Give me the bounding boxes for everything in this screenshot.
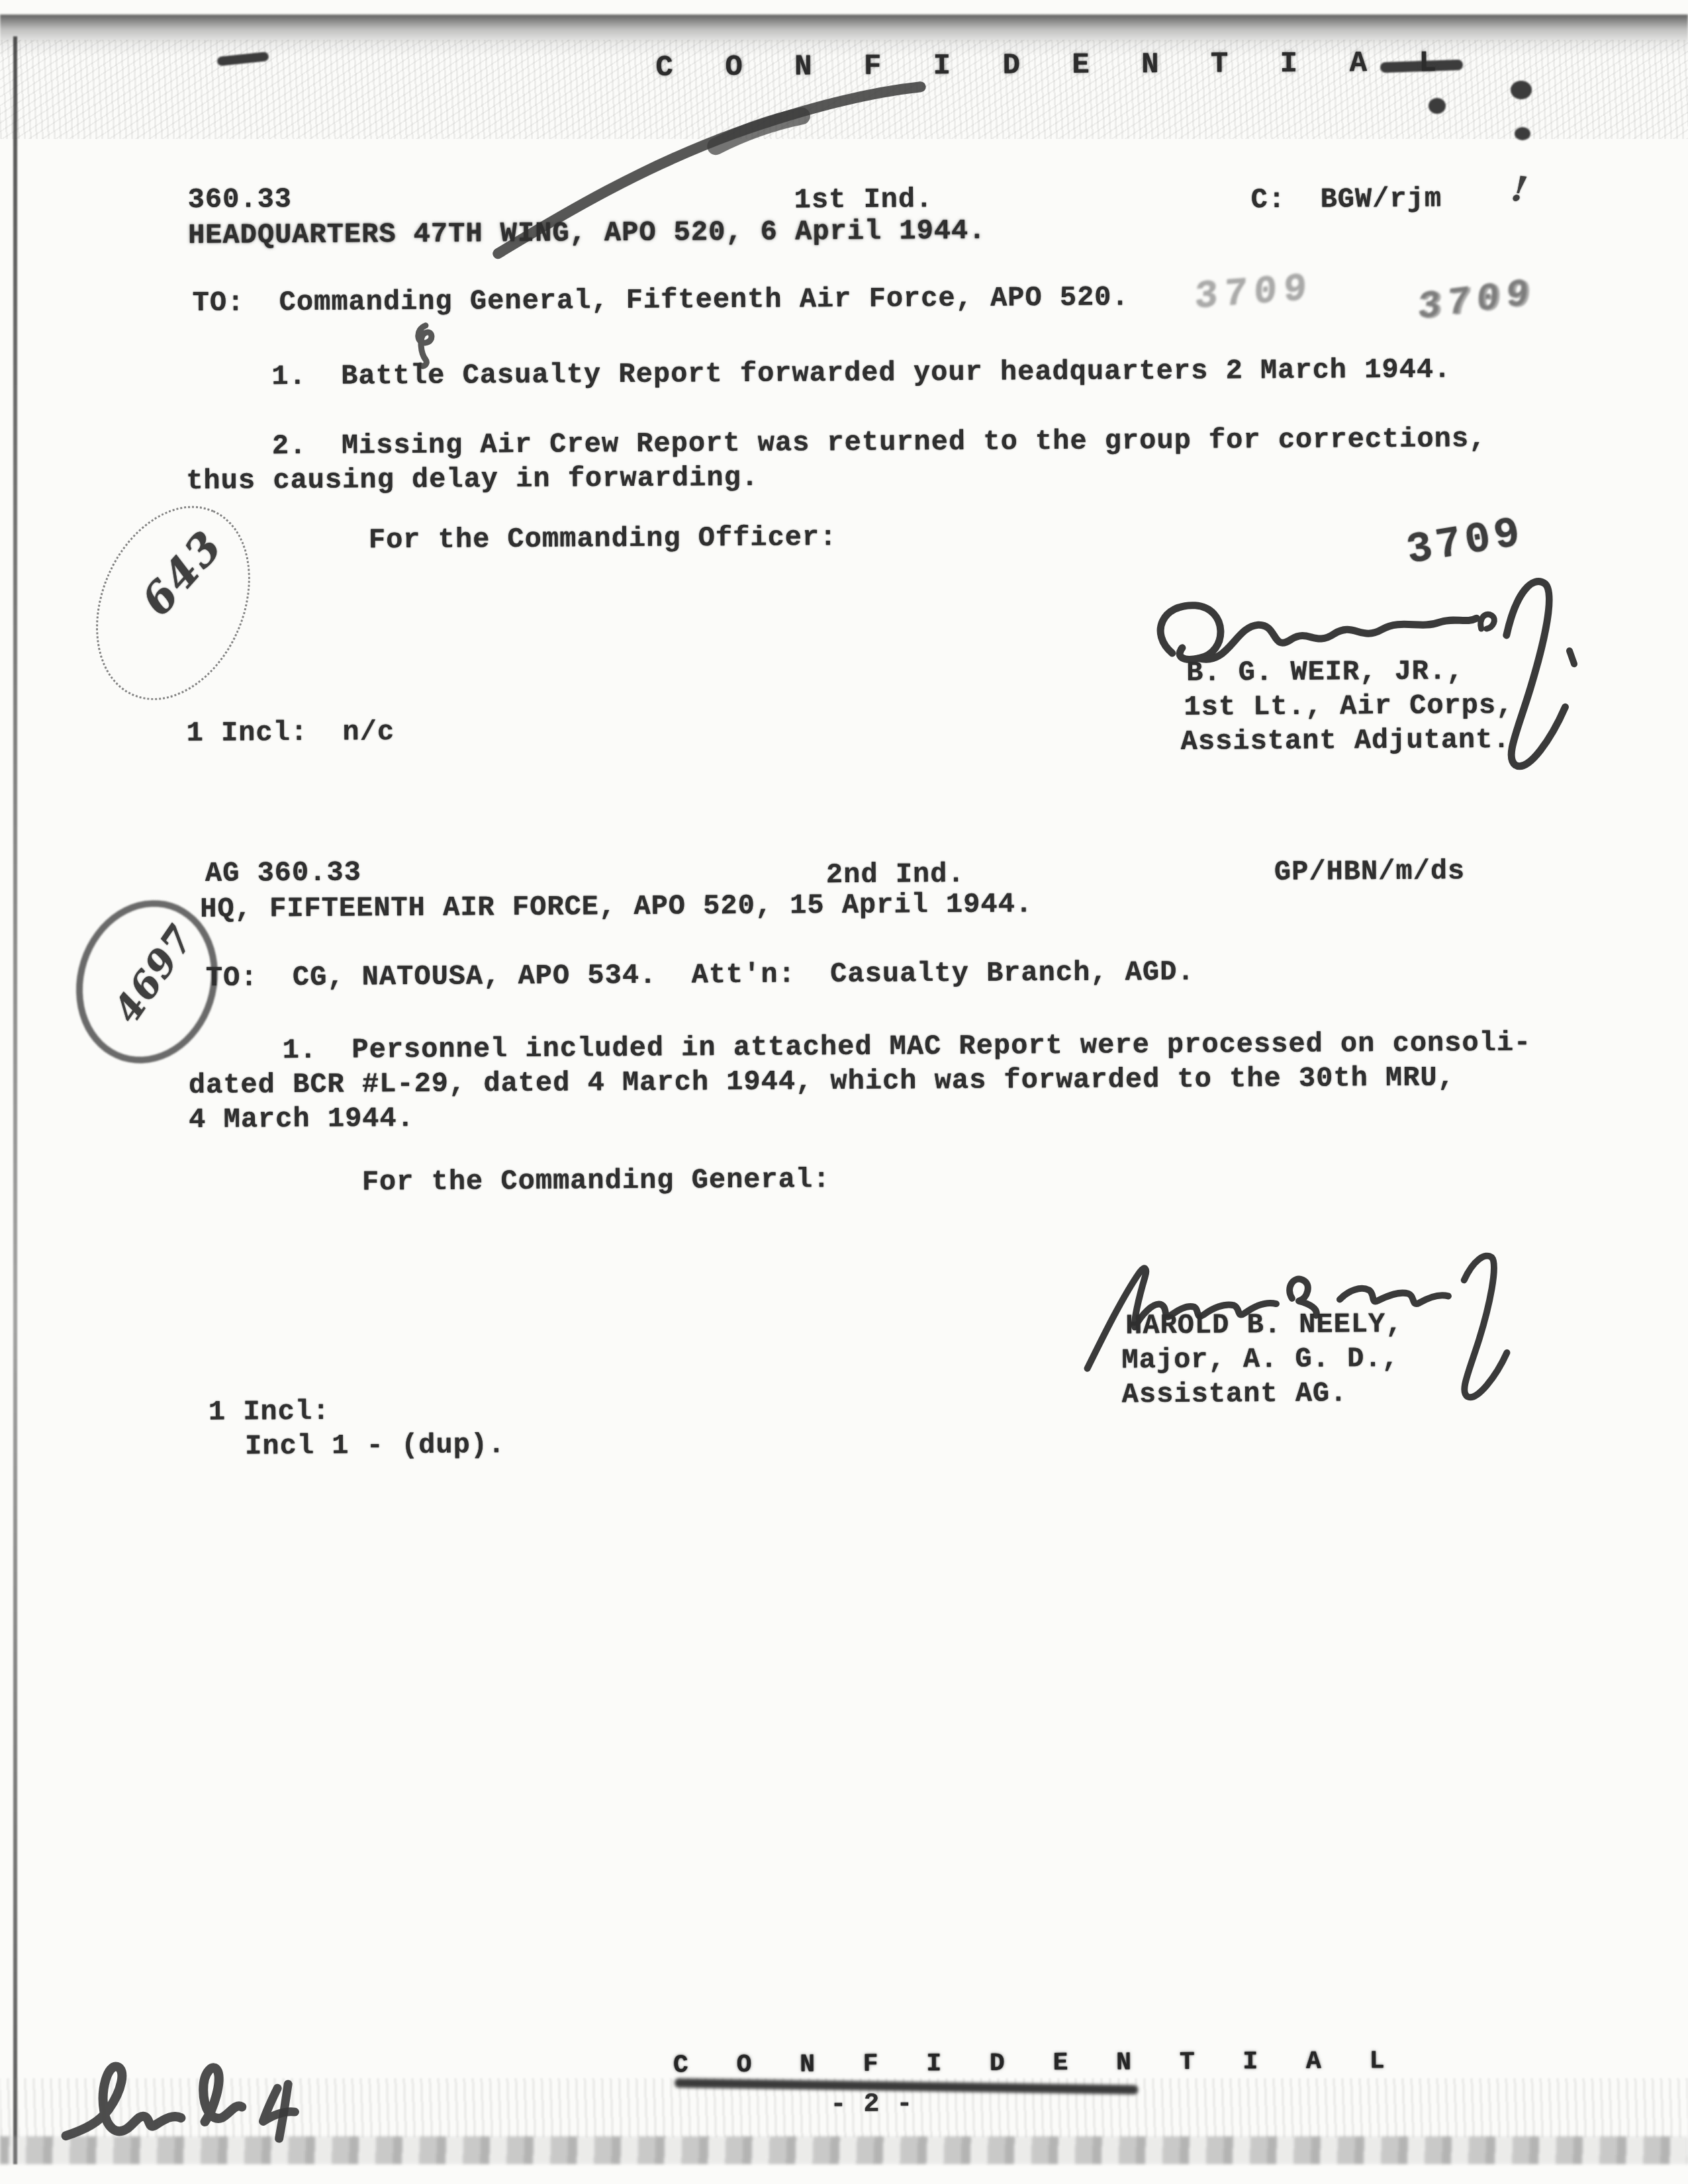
faint-received-stamp-left: 3709	[1194, 267, 1314, 320]
para-1-first-ind: 1. Battle Casualty Report forwarded your…	[271, 353, 1451, 392]
inclosure-line2-second-ind: Incl 1 - (dup).	[245, 1429, 505, 1462]
headquarters-line-first-ind: HEADQUARTERS 47TH WING, APO 520, 6 April…	[188, 215, 986, 251]
para-2-line1-first-ind: 2. Missing Air Crew Report was returned …	[272, 423, 1487, 462]
classification-banner-bottom: C O N F I D E N T I A L	[673, 2047, 1401, 2080]
para-1-line3-second-ind: 4 March 1944.	[189, 1103, 414, 1136]
signature-title-weir: Assistant Adjutant.	[1181, 724, 1511, 758]
closing-first-ind: For the Commanding Officer:	[369, 522, 837, 556]
reference-initials-first-ind: C: BGW/rjm	[1251, 183, 1442, 216]
signature-rank-neely: Major, A. G. D.,	[1121, 1343, 1399, 1377]
headquarters-line-second-ind: HQ, FIFTEENTH AIR FORCE, APO 520, 15 Apr…	[200, 888, 1033, 925]
incl-4-handwriting	[52, 2028, 338, 2176]
to-line-second-ind: TO: CG, NATOUSA, APO 534. Att'n: Casualt…	[206, 956, 1195, 994]
signature-name-weir: B. G. WEIR, JR.,	[1186, 655, 1464, 689]
file-number-second-ind: AG 360.33	[205, 856, 361, 889]
file-number-first-ind: 360.33	[188, 183, 293, 216]
closing-second-ind: For the Commanding General:	[362, 1163, 831, 1198]
signature-title-neely: Assistant AG.	[1122, 1377, 1348, 1410]
inclosure-line1-second-ind: 1 Incl:	[209, 1396, 330, 1428]
inclosure-first-ind: 1 Incl: n/c	[187, 716, 395, 749]
stamp-3709: 3709	[1403, 510, 1527, 576]
first-ind-label: 1st Ind.	[794, 183, 933, 216]
signature-rank-weir: 1st Lt., Air Corps,	[1184, 690, 1513, 723]
page-number: - 2 -	[830, 2089, 913, 2120]
para-1-line2-second-ind: dated BCR #L-29, dated 4 March 1944, whi…	[189, 1062, 1455, 1101]
para-2-line2-first-ind: thus causing delay in forwarding.	[186, 462, 759, 497]
faint-received-stamp-right: 3709	[1417, 271, 1536, 330]
scanned-document-page: C O N F I D E N T I A L 360.33 1st Ind. …	[0, 0, 1688, 2184]
signature-name-neely: HAROLD B. NEELY,	[1125, 1308, 1403, 1342]
second-ind-label: 2nd Ind.	[826, 858, 965, 891]
margin-check-mark: !	[1509, 168, 1530, 210]
reference-initials-second-ind: GP/HBN/m/ds	[1274, 855, 1466, 888]
to-line-first-ind: TO: Commanding General, Fifteenth Air Fo…	[193, 281, 1129, 319]
para-1-line1-second-ind: 1. Personnel included in attached MAC Re…	[282, 1027, 1531, 1067]
